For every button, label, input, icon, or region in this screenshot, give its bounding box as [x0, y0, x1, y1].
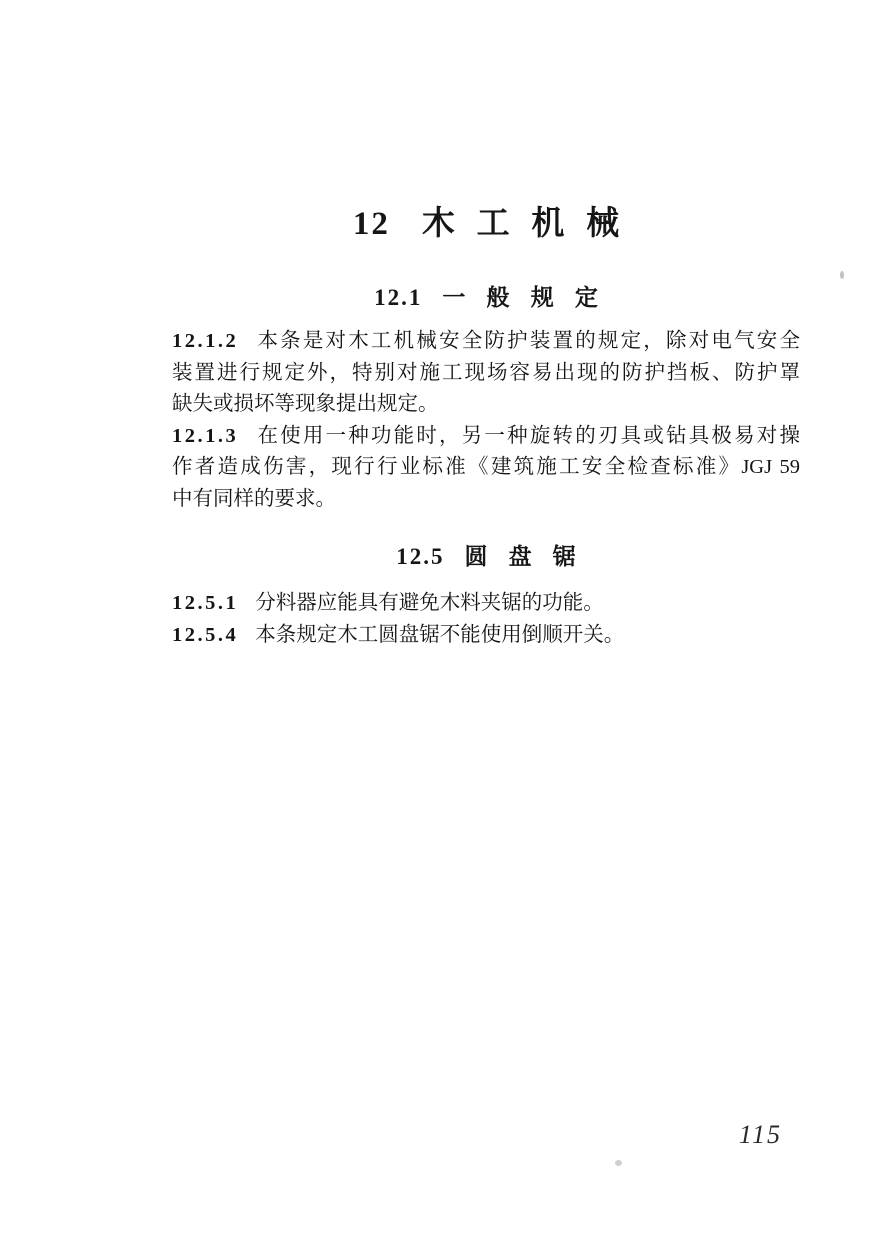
clause-number: 12.1.3	[172, 425, 238, 447]
clause-line: 12.5.4本条规定木工圆盘锯不能使用倒顺开关。	[172, 620, 800, 652]
chapter-heading: 12木工机械	[172, 205, 800, 243]
clause-number: 12.5.1	[172, 592, 238, 614]
section-title: 一般规定	[442, 285, 619, 310]
clause-line: 作者造成伤害，现行行业标准《建筑施工安全检查标准》JGJ 59	[172, 452, 800, 484]
clause-line: 12.5.1分料器应能具有避免木料夹锯的功能。	[172, 588, 800, 620]
section-number: 12.5	[396, 544, 444, 569]
clause-12-1-3: 12.1.3在使用一种功能时，另一种旋转的刃具或钻具极易对操 作者造成伤害，现行…	[172, 421, 800, 516]
scan-speck	[297, 457, 306, 462]
clause-text: 在使用一种功能时，另一种旋转的刃具或钻具极易对操	[255, 425, 800, 447]
clause-line: 中有同样的要求。	[172, 484, 800, 516]
page-number: 115	[739, 1120, 782, 1150]
section-title: 圆盘锯	[464, 544, 596, 569]
clause-12-1-2: 12.1.2本条是对木工机械安全防护装置的规定，除对电气安全 装置进行规定外，特…	[172, 326, 800, 421]
clause-12-5-1: 12.5.1分料器应能具有避免木料夹锯的功能。	[172, 588, 800, 620]
clause-text: 分料器应能具有避免木料夹锯的功能。	[255, 592, 604, 614]
scanned-document-page: 12木工机械 12.1一般规定 12.1.2本条是对木工机械安全防护装置的规定，…	[0, 0, 878, 1241]
clause-12-5-4: 12.5.4本条规定木工圆盘锯不能使用倒顺开关。	[172, 620, 800, 652]
chapter-number: 12	[353, 206, 390, 242]
section-number: 12.1	[374, 285, 422, 310]
clause-line: 12.1.2本条是对木工机械安全防护装置的规定，除对电气安全	[172, 326, 800, 358]
chapter-title: 木工机械	[422, 206, 641, 242]
section-12-1-body: 12.1.2本条是对木工机械安全防护装置的规定，除对电气安全 装置进行规定外，特…	[172, 326, 800, 515]
section-heading-12-5: 12.5圆盘锯	[172, 542, 800, 572]
clause-number: 12.5.4	[172, 624, 238, 646]
scan-speck	[840, 271, 844, 279]
clause-line: 缺失或损坏等现象提出规定。	[172, 389, 800, 421]
section-12-5-body: 12.5.1分料器应能具有避免木料夹锯的功能。 12.5.4本条规定木工圆盘锯不…	[172, 588, 800, 651]
text-column: 12木工机械 12.1一般规定 12.1.2本条是对木工机械安全防护装置的规定，…	[172, 0, 800, 651]
scan-speck	[615, 1160, 622, 1166]
clause-line: 装置进行规定外，特别对施工现场容易出现的防护挡板、防护罩	[172, 358, 800, 390]
clause-text: 本条规定木工圆盘锯不能使用倒顺开关。	[255, 624, 624, 646]
clause-line: 12.1.3在使用一种功能时，另一种旋转的刃具或钻具极易对操	[172, 421, 800, 453]
section-heading-12-1: 12.1一般规定	[172, 283, 800, 313]
clause-number: 12.1.2	[172, 330, 238, 352]
clause-text: 本条是对木工机械安全防护装置的规定，除对电气安全	[255, 330, 800, 352]
